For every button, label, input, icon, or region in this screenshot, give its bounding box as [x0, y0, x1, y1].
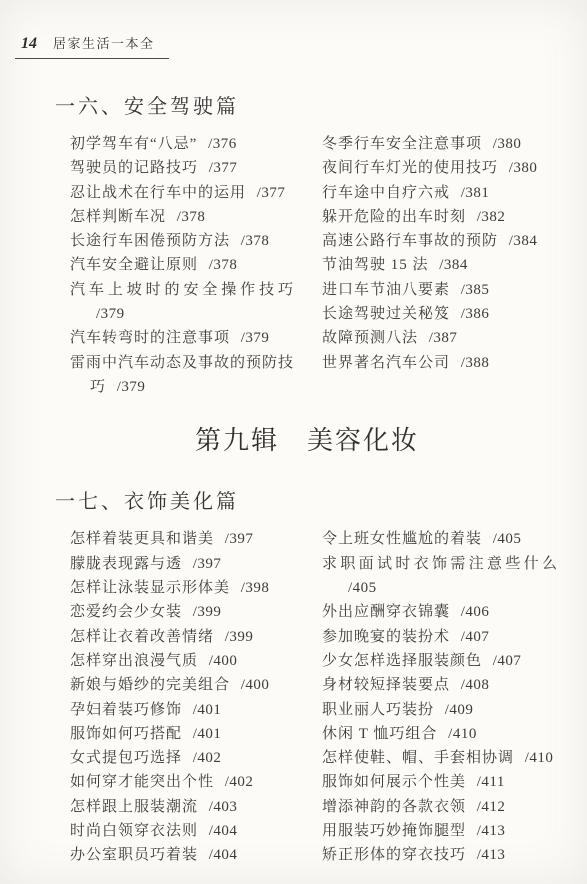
toc-entry-page: /382 [477, 209, 506, 225]
toc-entry: 怎样着装更具和谐美 /397 [70, 527, 294, 551]
toc-entry: 驾驶员的记路技巧 /377 [70, 156, 294, 180]
toc-entry-title: 忍让战术在行车中的运用 [70, 185, 246, 201]
toc-entry: 外出应酬穿衣锦囊 /406 [322, 600, 558, 624]
toc-entry: 进口车节油八要素 /385 [322, 278, 558, 302]
toc-entry-title: 时尚白领穿衣法则 [70, 823, 198, 839]
toc-entry-title: 办公室职员巧着装 [70, 847, 198, 863]
toc-entry-page: /377 [257, 185, 286, 201]
toc-entry-title: 躲开危险的出车时刻 [322, 209, 466, 225]
toc-entry-page: /407 [461, 629, 490, 645]
toc-entry: 雷雨中汽车动态及事故的预防技巧 /379 [70, 351, 294, 400]
toc-column-right: 冬季行车安全注意事项 /380夜间行车灯光的使用技巧 /380行车途中自疗六戒 … [322, 132, 558, 375]
toc-entry-page: /402 [225, 774, 254, 790]
toc-entry: 汽车上坡时的安全操作技巧 /379 [70, 278, 294, 327]
toc-entry-title: 夜间行车灯光的使用技巧 [322, 160, 498, 176]
toc-entry-page: /399 [193, 604, 222, 620]
toc-entry: 休闲 T 恤巧组合 /410 [322, 722, 558, 746]
toc-entry-title: 少女怎样选择服装颜色 [322, 653, 482, 669]
toc-entry-title: 恋爱约会少女装 [70, 604, 182, 620]
toc-entry-title: 行车途中自疗六戒 [322, 185, 450, 201]
toc-entry-title: 令上班女性尴尬的着装 [322, 531, 482, 547]
toc-entry-title: 职业丽人巧装扮 [322, 702, 434, 718]
toc-entry-title: 驾驶员的记路技巧 [70, 160, 198, 176]
toc-entry: 故障预测八法 /387 [322, 326, 558, 350]
toc-entry-title: 长途行车困倦预防方法 [70, 233, 230, 249]
toc-column-right: 令上班女性尴尬的着装 /405求职面试时衣饰需注意些什么 /405外出应酬穿衣锦… [322, 527, 558, 867]
toc-entry-title: 高速公路行车事故的预防 [322, 233, 498, 249]
toc-entry-title: 汽车上坡时的安全操作技巧 [70, 282, 294, 298]
toc-entry: 服饰如何巧搭配 /401 [70, 722, 294, 746]
toc-entry: 时尚白领穿衣法则 /404 [70, 819, 294, 843]
toc-entry-title: 用服装巧妙掩饰腿型 [322, 823, 466, 839]
toc-entry-page: /384 [439, 257, 468, 273]
toc-entry-page: /385 [461, 282, 490, 298]
toc-entry-title: 汽车安全避让原则 [70, 257, 198, 273]
toc-entry-title: 新娘与婚纱的完美组合 [70, 677, 230, 693]
toc-entry-page: /388 [461, 355, 490, 371]
toc-entry: 长途行车困倦预防方法 /378 [70, 229, 294, 253]
toc-entry-page: /409 [445, 702, 474, 718]
toc-entry: 长途驾驶过关秘笈 /386 [322, 302, 558, 326]
toc-entry: 汽车转弯时的注意事项 /379 [70, 326, 294, 350]
toc-entry-page: /410 [525, 750, 554, 766]
toc-entry: 怎样让衣着改善情绪 /399 [70, 625, 294, 649]
toc-entry-page: /413 [477, 847, 506, 863]
toc-entry-page: /380 [509, 160, 538, 176]
toc-entry-page: /406 [461, 604, 490, 620]
toc-entry: 怎样让泳装显示形体美 /398 [70, 576, 294, 600]
toc-entry-page: /410 [448, 726, 477, 742]
toc-entry: 躲开危险的出车时刻 /382 [322, 205, 558, 229]
toc-entry: 世界著名汽车公司 /388 [322, 351, 558, 375]
toc-entry-title: 怎样跟上服装潮流 [70, 799, 198, 815]
toc-entry-page: /402 [193, 750, 222, 766]
toc-entry: 冬季行车安全注意事项 /380 [322, 132, 558, 156]
toc-column-left: 初学驾车有“八忌” /376驾驶员的记路技巧 /377忍让战术在行车中的运用 /… [70, 132, 294, 399]
toc-entry: 服饰如何展示个性美 /411 [322, 770, 558, 794]
toc-entry-title: 参加晚宴的装扮术 [322, 629, 450, 645]
toc-entry-title: 故障预测八法 [322, 330, 418, 346]
toc-entry-title: 怎样使鞋、帽、手套相协调 [322, 750, 514, 766]
toc-entry: 怎样跟上服装潮流 /403 [70, 795, 294, 819]
toc-entry: 办公室职员巧着装 /404 [70, 843, 294, 867]
page-number: 14 [21, 35, 37, 52]
toc-entry-page: /376 [208, 136, 237, 152]
toc-entry-title: 雷雨中汽车动态及事故的预防技巧 [70, 355, 294, 395]
toc-entry-title: 增添神韵的各款衣领 [322, 799, 466, 815]
toc-entry: 怎样穿出浪漫气质 /400 [70, 649, 294, 673]
toc-entry-title: 求职面试时衣饰需注意些什么 [322, 556, 558, 572]
toc-entry-title: 如何穿才能突出个性 [70, 774, 214, 790]
toc-entry: 新娘与婚纱的完美组合 /400 [70, 673, 294, 697]
toc-entry: 求职面试时衣饰需注意些什么 /405 [322, 552, 558, 601]
toc-entry-page: /378 [209, 257, 238, 273]
toc-entry-title: 矫正形体的穿衣技巧 [322, 847, 466, 863]
toc-entry-page: /400 [241, 677, 270, 693]
toc-entry-page: /386 [461, 306, 490, 322]
toc-entry-page: /381 [461, 185, 490, 201]
toc-entry-title: 怎样让泳装显示形体美 [70, 580, 230, 596]
running-header: 14居家生活一本全 [15, 33, 169, 59]
toc-entry: 女式提包巧选择 /402 [70, 746, 294, 770]
toc-entry-page: /387 [429, 330, 458, 346]
toc-entry-page: /400 [209, 653, 238, 669]
toc-entry: 朦胧表现露与透 /397 [70, 552, 294, 576]
toc-entry-page: /401 [193, 726, 222, 742]
toc-entry-title: 汽车转弯时的注意事项 [70, 330, 230, 346]
toc-entry-page: /379 [117, 379, 146, 395]
toc-entry-page: /408 [461, 677, 490, 693]
toc-entry: 令上班女性尴尬的着装 /405 [322, 527, 558, 551]
toc-entry-title: 朦胧表现露与透 [70, 556, 182, 572]
toc-entry-page: /384 [509, 233, 538, 249]
toc-entry-title: 进口车节油八要素 [322, 282, 450, 298]
toc-entry: 职业丽人巧装扮 /409 [322, 698, 558, 722]
toc-entry-page: /404 [209, 823, 238, 839]
toc-column-left: 怎样着装更具和谐美 /397朦胧表现露与透 /397怎样让泳装显示形体美 /39… [70, 527, 294, 867]
toc-entry-title: 怎样穿出浪漫气质 [70, 653, 198, 669]
toc-entry-page: /407 [493, 653, 522, 669]
toc-entry-page: /413 [477, 823, 506, 839]
toc-entry: 怎样使鞋、帽、手套相协调 /410 [322, 746, 558, 770]
toc-entry-page: /411 [477, 774, 505, 790]
toc-entry: 恋爱约会少女装 /399 [70, 600, 294, 624]
toc-entry-title: 怎样着装更具和谐美 [70, 531, 214, 547]
toc-entry: 参加晚宴的装扮术 /407 [322, 625, 558, 649]
toc-entry-page: /378 [241, 233, 270, 249]
toc-entry-page: /412 [477, 799, 506, 815]
toc-entry-page: /399 [225, 629, 254, 645]
toc-entry-page: /403 [209, 799, 238, 815]
toc-entry-title: 长途驾驶过关秘笈 [322, 306, 450, 322]
toc-entry: 节油驾驶 15 法 /384 [322, 253, 558, 277]
toc-entry-title: 女式提包巧选择 [70, 750, 182, 766]
toc-entry-title: 节油驾驶 15 法 [322, 257, 429, 273]
toc-entry: 增添神韵的各款衣领 /412 [322, 795, 558, 819]
toc-entry-title: 怎样判断车况 [70, 209, 166, 225]
toc-entry-page: /397 [193, 556, 222, 572]
toc-entry: 夜间行车灯光的使用技巧 /380 [322, 156, 558, 180]
part-heading: 第九辑 美容化妆 [27, 425, 587, 456]
book-title: 居家生活一本全 [53, 36, 155, 51]
toc-entry-title: 身材较短择装要点 [322, 677, 450, 693]
toc-entry-page: /397 [225, 531, 254, 547]
toc-entry: 怎样判断车况 /378 [70, 205, 294, 229]
toc-entry: 用服装巧妙掩饰腿型 /413 [322, 819, 558, 843]
toc-entry: 行车途中自疗六戒 /381 [322, 181, 558, 205]
toc-entry-title: 休闲 T 恤巧组合 [322, 726, 437, 742]
toc-entry: 初学驾车有“八忌” /376 [70, 132, 294, 156]
toc-section-17: 怎样着装更具和谐美 /397朦胧表现露与透 /397怎样让泳装显示形体美 /39… [70, 527, 587, 867]
toc-entry: 高速公路行车事故的预防 /384 [322, 229, 558, 253]
toc-entry: 矫正形体的穿衣技巧 /413 [322, 843, 558, 867]
toc-entry: 汽车安全避让原则 /378 [70, 253, 294, 277]
toc-entry: 孕妇着装巧修饰 /401 [70, 698, 294, 722]
toc-entry-page: /398 [241, 580, 270, 596]
toc-entry-title: 服饰如何展示个性美 [322, 774, 466, 790]
section-17-title: 一七、衣饰美化篇 [55, 490, 587, 514]
book-page: 14居家生活一本全 一六、安全驾驶篇 初学驾车有“八忌” /376驾驶员的记路技… [0, 0, 587, 884]
toc-entry: 身材较短择装要点 /408 [322, 673, 558, 697]
toc-entry-page: /377 [209, 160, 238, 176]
toc-entry-title: 服饰如何巧搭配 [70, 726, 182, 742]
toc-entry: 少女怎样选择服装颜色 /407 [322, 649, 558, 673]
toc-entry-title: 冬季行车安全注意事项 [322, 136, 482, 152]
toc-entry-page: /405 [348, 580, 377, 596]
toc-entry-title: 外出应酬穿衣锦囊 [322, 604, 450, 620]
toc-entry-page: /379 [241, 330, 270, 346]
toc-entry-page: /378 [177, 209, 206, 225]
toc-entry-page: /379 [96, 306, 125, 322]
section-16-title: 一六、安全驾驶篇 [55, 95, 587, 119]
toc-entry-page: /401 [193, 702, 222, 718]
toc-entry-title: 孕妇着装巧修饰 [70, 702, 182, 718]
toc-entry-title: 初学驾车有“八忌” [70, 136, 197, 152]
toc-entry-title: 怎样让衣着改善情绪 [70, 629, 214, 645]
toc-entry: 忍让战术在行车中的运用 /377 [70, 181, 294, 205]
toc-entry-title: 世界著名汽车公司 [322, 355, 450, 371]
toc-entry-page: /404 [209, 847, 238, 863]
toc-section-16: 初学驾车有“八忌” /376驾驶员的记路技巧 /377忍让战术在行车中的运用 /… [70, 132, 587, 399]
toc-entry: 如何穿才能突出个性 /402 [70, 770, 294, 794]
toc-entry-page: /380 [493, 136, 522, 152]
toc-entry-page: /405 [493, 531, 522, 547]
